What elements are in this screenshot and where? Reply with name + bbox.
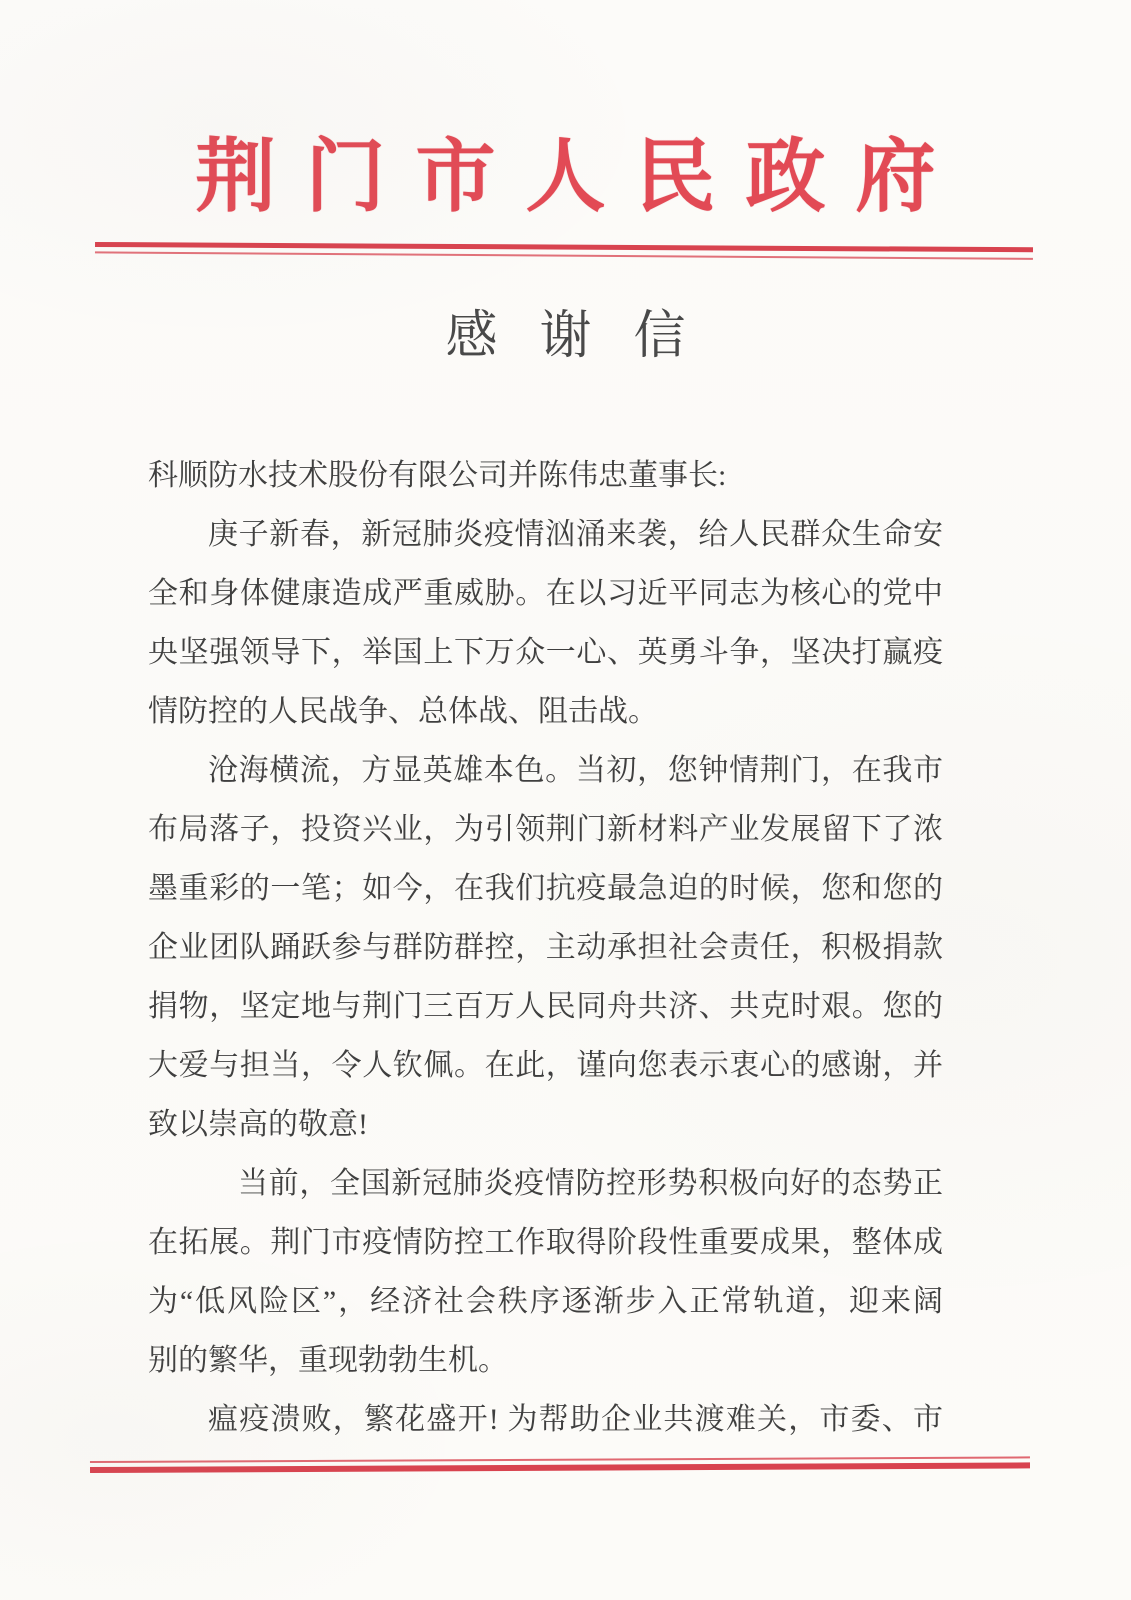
body-line: 企业团队踊跃参与群防群控，主动承担社会责任，积极捐款 [148, 918, 943, 977]
body-line: 致以崇高的敬意! [148, 1095, 943, 1154]
body-line: 当前，全国新冠肺炎疫情防控形势积极向好的态势正 [148, 1154, 943, 1213]
body-line: 别的繁华，重现勃勃生机。 [148, 1331, 943, 1390]
footer-double-rule [90, 1456, 1030, 1473]
scanned-letter-page: 荆门市人民政府 感谢信 科顺防水技术股份有限公司并陈伟忠董事长: 庚子新春，新冠… [0, 0, 1131, 1600]
body-line: 捐物，坚定地与荆门三百万人民同舟共济、共克时艰。您的 [148, 977, 943, 1036]
footer-rule-thin [90, 1456, 1030, 1463]
letterhead-rule-thick [95, 242, 1033, 252]
letterhead-double-rule [95, 242, 1033, 259]
body-line: 沧海横流，方显英雄本色。当初，您钟情荆门，在我市 [148, 741, 943, 800]
body-line: 全和身体健康造成严重威胁。在以习近平同志为核心的党中 [148, 564, 943, 623]
body-line: 庚子新春，新冠肺炎疫情汹涌来袭，给人民群众生命安 [148, 505, 943, 564]
letter-body: 科顺防水技术股份有限公司并陈伟忠董事长: 庚子新春，新冠肺炎疫情汹涌来袭，给人民… [148, 446, 943, 1449]
letter-title: 感谢信 [0, 302, 1131, 372]
body-line: 为“低风险区”，经济社会秩序逐渐步入正常轨道，迎来阔 [148, 1272, 943, 1331]
body-line: 墨重彩的一笔；如今，在我们抗疫最急迫的时候，您和您的 [148, 859, 943, 918]
body-line: 情防控的人民战争、总体战、阻击战。 [148, 682, 943, 741]
footer-rule-thick [90, 1462, 1030, 1473]
salutation-line: 科顺防水技术股份有限公司并陈伟忠董事长: [148, 446, 943, 505]
body-line: 布局落子，投资兴业，为引领荆门新材料产业发展留下了浓 [148, 800, 943, 859]
letterhead-org-name: 荆门市人民政府 [0, 122, 1131, 234]
body-line: 瘟疫溃败，繁花盛开! 为帮助企业共渡难关，市委、市 [148, 1390, 943, 1449]
body-line: 在拓展。荆门市疫情防控工作取得阶段性重要成果，整体成 [148, 1213, 943, 1272]
body-line: 大爱与担当，令人钦佩。在此，谨向您表示衷心的感谢，并 [148, 1036, 943, 1095]
letterhead-rule-thin [95, 251, 1033, 260]
body-line: 央坚强领导下，举国上下万众一心、英勇斗争，坚决打赢疫 [148, 623, 943, 682]
